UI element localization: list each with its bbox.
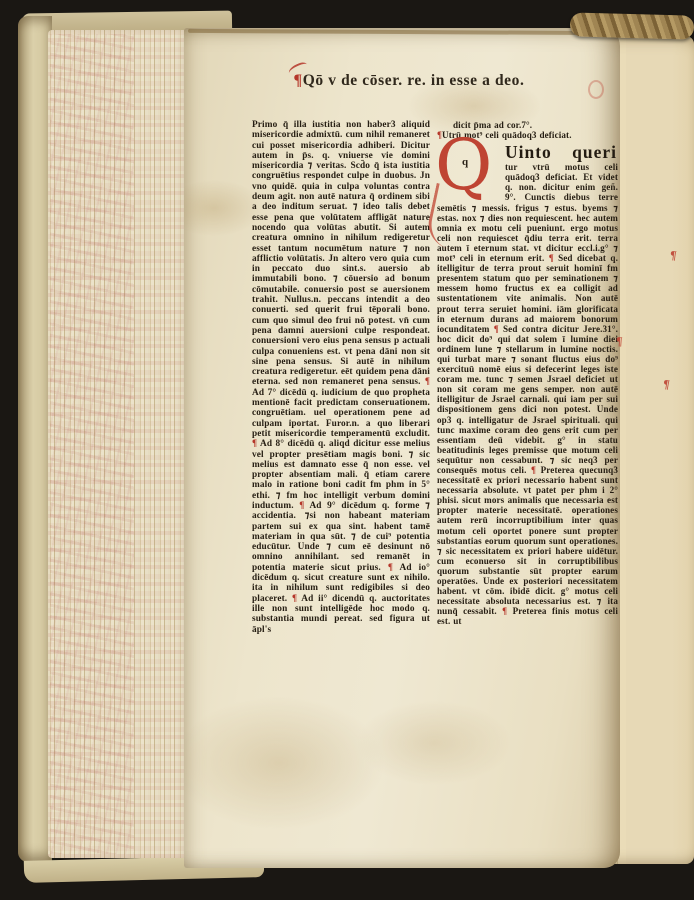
header-title: Qō v de cōser. re. in esse a deo. <box>303 72 525 89</box>
drop-cap: Q q <box>437 143 501 195</box>
header-pilcrow: ¶ <box>294 72 303 89</box>
text-run: Primo q̄ illa iustitia non haber3 aliqui… <box>252 120 430 387</box>
text-column-right: dicit p̄ma ad cor.7°. ¶Utrū mot⁹ celi qu… <box>437 120 618 635</box>
book-cover-left-edge <box>18 16 52 862</box>
pilcrow-mark: ¶ <box>494 324 503 334</box>
next-page-edges <box>612 36 694 864</box>
text-column-left: Primo q̄ illa iustitia non haber3 aliqui… <box>252 120 430 635</box>
pilcrow-mark: ¶ <box>299 501 309 511</box>
running-header: ¶Qō v de cōser. re. in esse a deo. <box>254 72 564 90</box>
pilcrow-mark: ¶ <box>531 465 541 475</box>
pilcrow-mark: ¶ <box>388 563 400 573</box>
text-run: Preterea quecunq3 necessitatē ex priori … <box>437 465 618 616</box>
pilcrow-mark: ¶ <box>425 377 430 387</box>
pilcrow-mark: ¶ <box>292 594 301 604</box>
pilcrow-mark: ¶ <box>252 439 260 449</box>
question-body-text: tur vtrū motus celi quādoq3 deficiat. Et… <box>437 162 618 626</box>
text-columns: Primo q̄ illa iustitia non haber3 aliqui… <box>252 120 618 635</box>
text-run: Sed contra dicitur Jere.31°. hoc dicit d… <box>437 324 618 475</box>
guide-letter: q <box>462 157 468 167</box>
question-block: Q q Uinto queri tur vtrū motus celi quād… <box>437 142 618 626</box>
faded-red-ring-mark <box>588 80 604 99</box>
incipit-text: Uinto queri <box>505 142 617 162</box>
page-content: ¶Qō v de cōser. re. in esse a deo. Primo… <box>184 28 620 868</box>
pilcrow-mark: ¶ <box>549 253 558 263</box>
text-run: Ad 7° dicēdū q. iudicium de quo propheta… <box>252 388 430 439</box>
fore-edge-speckles <box>50 34 134 854</box>
text-run: Sed dicebat q. itelligitur de terra prou… <box>437 253 618 334</box>
pilcrow-mark: ¶ <box>502 606 512 616</box>
margin-pilcrow: ¶ <box>615 334 623 349</box>
